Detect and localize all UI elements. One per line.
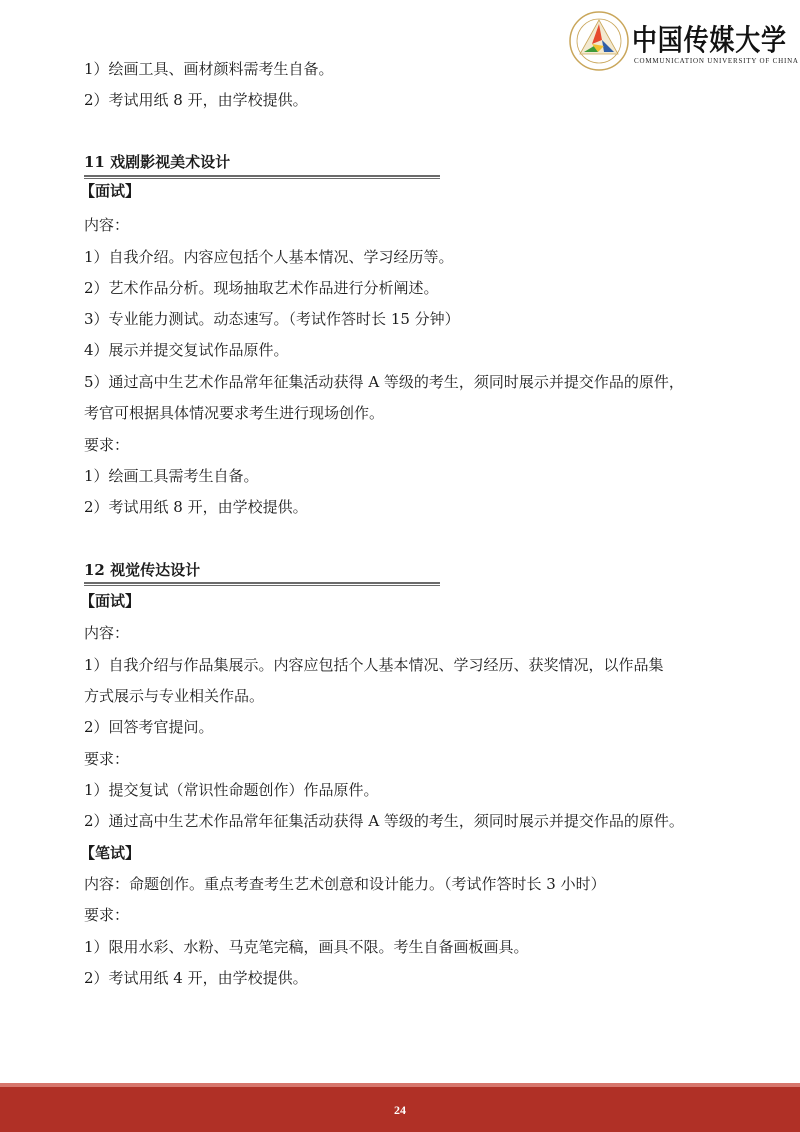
content-item: 1）自我介绍。内容应包括个人基本情况、学习经历等。 <box>84 247 454 267</box>
requirement-item: 2）通过高中生艺术作品常年征集活动获得 A 等级的考生，须同时展示并提交作品的原… <box>84 811 684 831</box>
requirement-item: 1）绘画工具需考生自备。 <box>84 466 259 486</box>
section-11-rule <box>84 175 440 179</box>
content-item: 方式展示与专业相关作品。 <box>84 686 264 706</box>
content-item: 3）专业能力测试。动态速写。（考试作答时长 15 分钟） <box>84 309 460 329</box>
intro-line: 2）考试用纸 8 开，由学校提供。 <box>84 90 308 110</box>
written-content: 内容：命题创作。重点考查考生艺术创意和设计能力。（考试作答时长 3 小时） <box>84 874 606 894</box>
content-item: 1）自我介绍与作品集展示。内容应包括个人基本情况、学习经历、获奖情况，以作品集 <box>84 655 664 675</box>
content-label: 内容： <box>84 215 129 235</box>
section-11-title: 11 戏剧影视美术设计 <box>84 152 230 172</box>
page-number: 24 <box>0 1103 800 1118</box>
section-11-interview-heading: 【面试】 <box>80 181 140 201</box>
requirements-label: 要求： <box>84 435 129 455</box>
content-item: 5）通过高中生艺术作品常年征集活动获得 A 等级的考生，须同时展示并提交作品的原… <box>84 372 684 392</box>
section-12-interview-heading: 【面试】 <box>80 591 140 611</box>
requirement-item: 1）限用水彩、水粉、马克笔完稿，画具不限。考生自备画板画具。 <box>84 937 529 957</box>
logo-english-name: COMMUNICATION UNIVERSITY OF CHINA <box>634 57 799 65</box>
requirements-label: 要求： <box>84 905 129 925</box>
content-item: 2）回答考官提问。 <box>84 717 214 737</box>
section-12-title: 12 视觉传达设计 <box>84 560 200 580</box>
requirement-item: 2）考试用纸 8 开，由学校提供。 <box>84 497 308 517</box>
requirement-item: 2）考试用纸 4 开，由学校提供。 <box>84 968 308 988</box>
section-12-written-heading: 【笔试】 <box>80 843 140 863</box>
content-item: 考官可根据具体情况要求考生进行现场创作。 <box>84 403 384 423</box>
section-12-rule <box>84 582 440 586</box>
requirement-item: 1）提交复试（常识性命题创作）作品原件。 <box>84 780 379 800</box>
content-item: 2）艺术作品分析。现场抽取艺术作品进行分析阐述。 <box>84 278 439 298</box>
logo-chinese-name: 中国传媒大学 <box>632 18 787 59</box>
intro-line: 1）绘画工具、画材颜料需考生自备。 <box>84 59 334 79</box>
content-label: 内容： <box>84 623 129 643</box>
university-logo: 中国传媒大学 COMMUNICATION UNIVERSITY OF CHINA <box>568 10 783 72</box>
requirements-label: 要求： <box>84 749 129 769</box>
university-seal-icon <box>568 10 630 72</box>
content-item: 4）展示并提交复试作品原件。 <box>84 340 289 360</box>
